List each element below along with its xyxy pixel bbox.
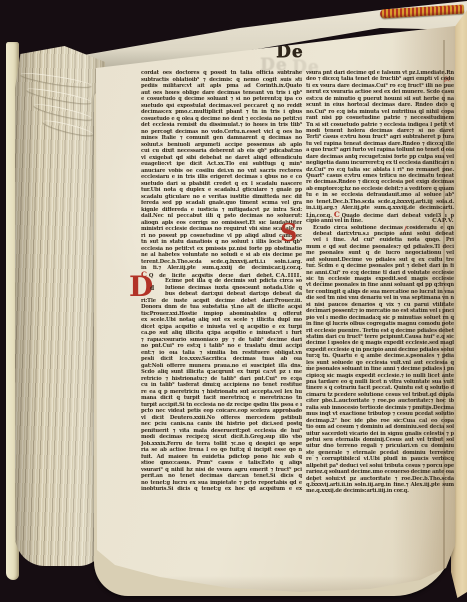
paragraph: Ecime pōt illa q̄ de decimis sūt p̄dicta… [165, 278, 302, 298]
initial-block: D d Ecime pōt illa q̄ de decimis sūt p̄d… [141, 278, 302, 298]
photograph-of-open-incunabulum: De De De ats p̄z ∕ cordāt oēs doctores q… [0, 0, 467, 602]
paragraph: mum ē qd̄ sūt decime psōnales:⁊ qd̄ p̄di… [306, 244, 454, 495]
text-column-right: vsura pn̄t dari decime qd̄ ē falsum vt p… [306, 70, 454, 495]
initial-block: S Ecūdo circa solutionē decimas cōsiderā… [306, 225, 454, 244]
paragraph: vsura pn̄t dari decime qd̄ ē falsum vt p… [306, 70, 454, 212]
rubricated-initial-S: S [280, 222, 297, 244]
paragraph: Ecūdo circa solutionē decimas cōsiderādū… [313, 225, 454, 244]
text-line: inobturis.Si dicis q̄ tenet̄:ḡ ex hoc qd… [141, 486, 302, 493]
guide-letter: d [150, 285, 154, 292]
paragraph: cordāt oēs doctores q̄ possit tn̄ talia … [141, 70, 302, 272]
text-line: me.q.xxxij.de decimis:arti.iiij.in cor.q… [306, 488, 454, 494]
rubric-caret-mark: ∕ [404, 224, 407, 233]
text-column-left: cordāt oēs doctores q̄ possit tn̄ talia … [141, 70, 302, 493]
paragraph: ri:Tl̄e de iuste acq̄sit̄ decime debēt d… [141, 298, 302, 493]
